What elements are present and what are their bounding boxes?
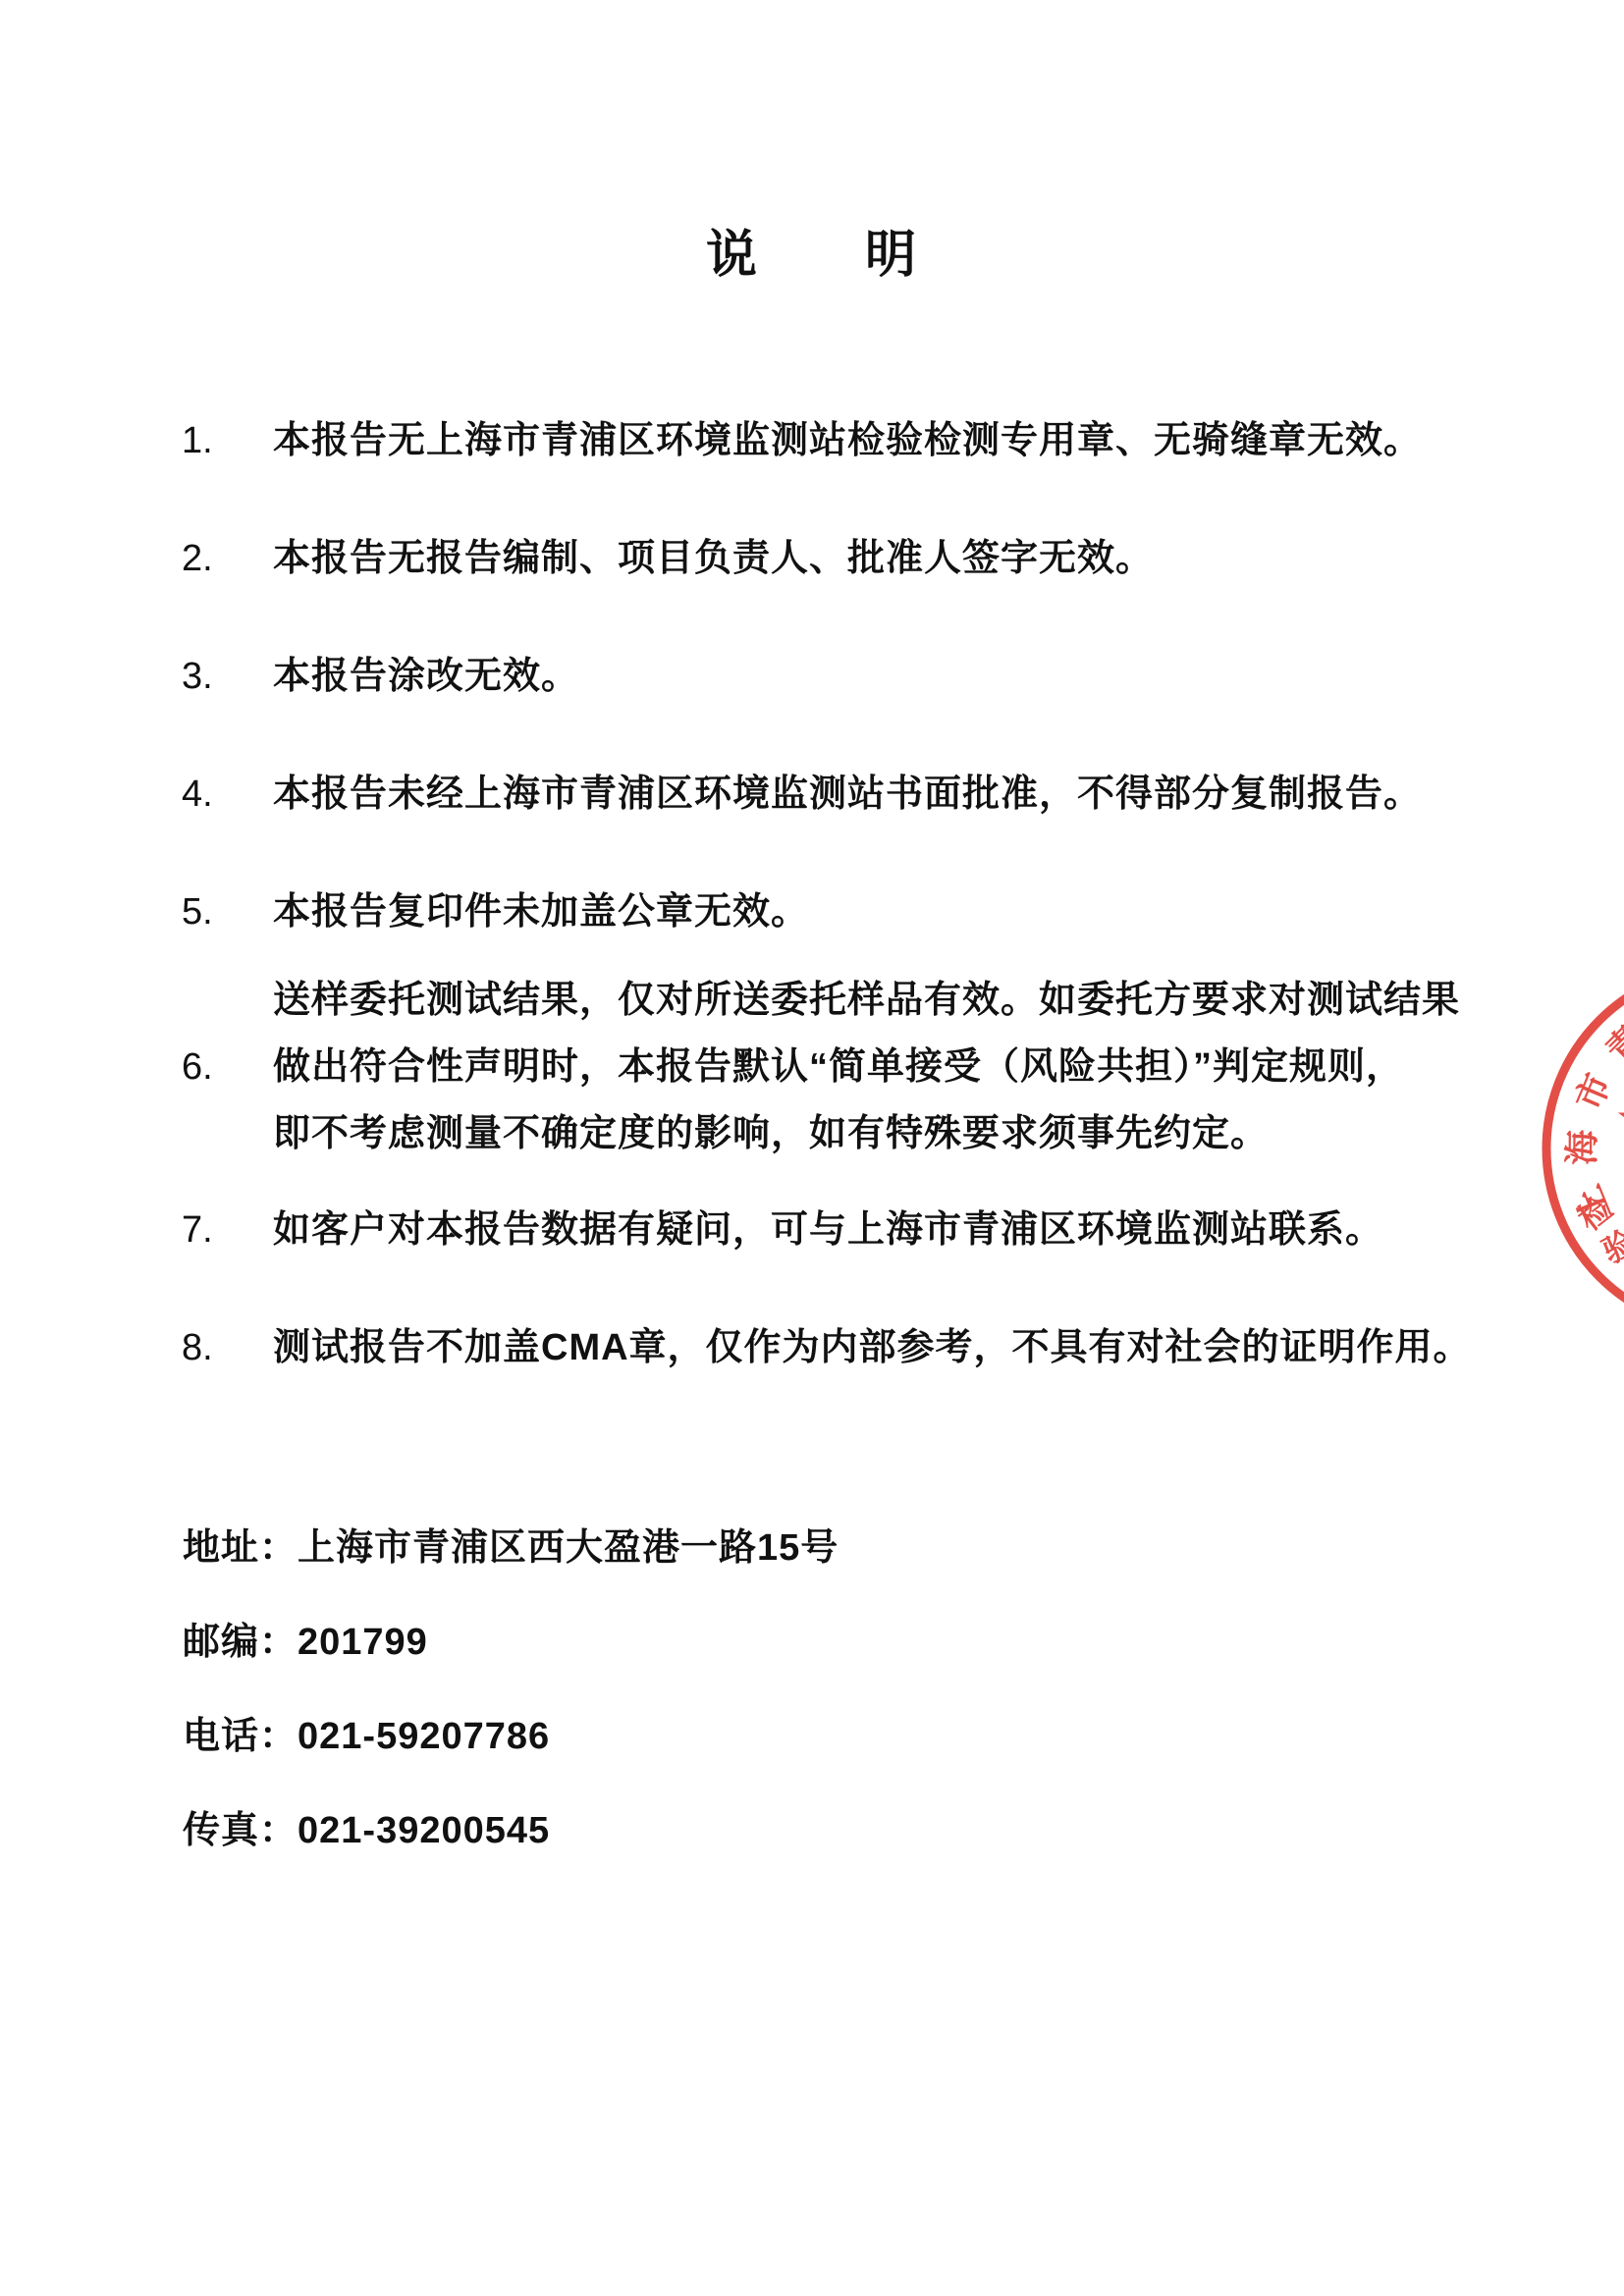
note-item-2: 2. 本报告无报告编制、项目负责人、批准人签字无效。 [182,525,1478,592]
note-number: 8. [182,1314,273,1381]
note-item-6: 6. 送样委托测试结果，仅对所送委托样品有效。如委托方要求对测试结果 做出符合性… [182,967,1478,1167]
contact-phone-label: 电话： [183,1716,298,1757]
svg-text:上: 上 [1567,1179,1618,1227]
note-text: 测试报告不加盖CMA章，仅作为内部参考，不具有对社会的证明作用。 [273,1314,1478,1381]
contact-fax-label: 传真： [183,1810,298,1851]
note-number: 4. [182,761,273,828]
contact-address: 地址：上海市青浦区西大盈港一路15号 [183,1527,1263,1569]
note-text: 本报告复印件未加盖公章无效。 [273,879,1478,945]
note-number: 6. [182,1034,273,1100]
note-item-4: 4. 本报告未经上海市青浦区环境监测站书面批准，不得部分复制报告。 [182,761,1478,828]
svg-text:检: 检 [1571,1189,1619,1237]
contact-block: 地址：上海市青浦区西大盈港一路15号 邮编：201799 电话：021-5920… [183,1527,1263,1904]
contact-postcode: 邮编：201799 [183,1622,1263,1663]
note-item-8: 8. 测试报告不加盖CMA章，仅作为内部参考，不具有对社会的证明作用。 [182,1314,1478,1381]
contact-phone: 电话：021-59207786 [183,1716,1263,1757]
note-number: 7. [182,1197,273,1263]
note-item-1: 1. 本报告无上海市青浦区环境监测站检验检测专用章、无骑缝章无效。 [182,407,1478,474]
contact-address-value: 上海市青浦区西大盈港一路15号 [298,1527,839,1569]
note-number: 2. [182,525,273,592]
svg-text:市: 市 [1568,1068,1619,1116]
svg-text:青: 青 [1598,1018,1624,1071]
report-notes-page: 说 明 1. 本报告无上海市青浦区环境监测站检验检测专用章、无骑缝章无效。 2.… [0,0,1624,2296]
note-text: 本报告涂改无效。 [273,643,1478,710]
note-text: 本报告未经上海市青浦区环境监测站书面批准，不得部分复制报告。 [273,761,1478,828]
note-number: 3. [182,643,273,710]
contact-phone-value: 021-59207786 [298,1716,550,1757]
stamp-ring-text: 上海市青浦区环境监测站 [1561,983,1624,1228]
note-text: 本报告无上海市青浦区环境监测站检验检测专用章、无骑缝章无效。 [273,407,1478,474]
official-seal-stamp: 上海市青浦区环境监测站 检验检测专用章 [1527,967,1624,1350]
note-number: 1. [182,407,273,474]
note-number: 5. [182,879,273,945]
contact-address-label: 地址： [183,1527,298,1569]
note-text: 本报告无报告编制、项目负责人、批准人签字无效。 [273,525,1478,592]
note-item-3: 3. 本报告涂改无效。 [182,643,1478,710]
contact-postcode-value: 201799 [298,1622,428,1663]
svg-text:验: 验 [1597,1223,1624,1270]
stamp-circle [1546,967,1624,1330]
contact-fax: 传真：021-39200545 [183,1810,1263,1851]
page-title: 说 明 [0,224,1624,287]
note-text: 送样委托测试结果，仅对所送委托样品有效。如委托方要求对测试结果 做出符合性声明时… [273,967,1478,1167]
contact-fax-value: 021-39200545 [298,1810,550,1851]
notes-list: 1. 本报告无上海市青浦区环境监测站检验检测专用章、无骑缝章无效。 2. 本报告… [182,407,1478,1432]
contact-postcode-label: 邮编： [183,1622,298,1663]
stamp-star-icon [1618,1033,1624,1243]
note-item-5: 5. 本报告复印件未加盖公章无效。 [182,879,1478,945]
note-text: 如客户对本报告数据有疑问，可与上海市青浦区环境监测站联系。 [273,1197,1478,1263]
stamp-bottom-text: 检验检测专用章 [1571,1189,1624,1311]
svg-text:海: 海 [1561,1130,1601,1165]
note-item-7: 7. 如客户对本报告数据有疑问，可与上海市青浦区环境监测站联系。 [182,1197,1478,1263]
